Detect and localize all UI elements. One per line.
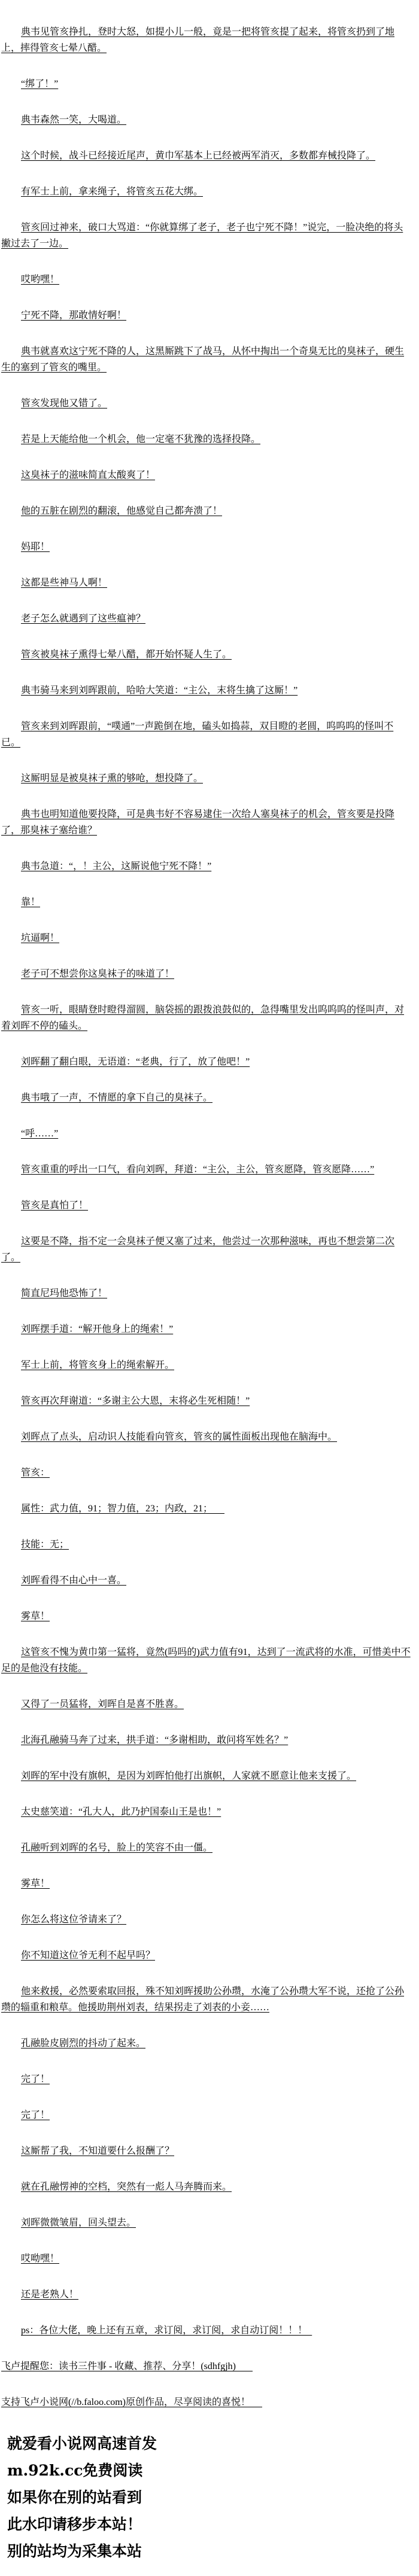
paragraph: 又得了一员猛将，刘晖自是喜不胜喜。 bbox=[1, 1696, 411, 1712]
paragraph: 你怎么将这位爷请来了？ bbox=[1, 1912, 411, 1928]
paragraph: 支持飞卢小说网(//b.faloo.com)原创作品，尽享阅读的喜悦！ bbox=[1, 2394, 411, 2410]
paragraph: 管亥重重的呼出一口气，看向刘晖，拜道：“主公，主公，管亥愿降，管亥愿降……” bbox=[1, 1162, 411, 1178]
paragraph: 典韦也明知道他要投降，可是典韦好不容易逮住一次给人塞臭袜子的机会，管亥要是投降了… bbox=[1, 806, 411, 839]
paragraph: 靠！ bbox=[1, 894, 411, 910]
paragraph: 飞卢提醒您：读书三件事 - 收藏、推荐、分享！(sdhfgjh) bbox=[1, 2358, 411, 2374]
paragraph: 管亥一听，眼睛登时瞪得溜圆，脑袋摇的跟拨浪鼓似的，急得嘴里发出呜呜呜的怪叫声，对… bbox=[1, 1002, 411, 1034]
paragraph: 典韦见管亥挣扎，登时大怒，如提小儿一般，竟是一把将管亥提了起来，将管亥扔到了地上… bbox=[1, 24, 411, 56]
paragraph: 这臭袜子的滋味简直太酸爽了！ bbox=[1, 467, 411, 483]
paragraph: 就在孔融愣神的空档，突然有一彪人马奔腾而来。 bbox=[1, 2179, 411, 2195]
paragraph: 哎呦嘿！ bbox=[1, 2251, 411, 2267]
paragraph: 管亥： bbox=[1, 1465, 411, 1481]
paragraph: 管亥是真怕了！ bbox=[1, 1197, 411, 1214]
paragraph: 管亥来到刘晖跟前，“噗通”一声跪倒在地，磕头如捣蒜，双目瞪的老圆，呜呜呜的怪叫不… bbox=[1, 718, 411, 751]
paragraph: 这厮明显是被臭袜子熏的够呛，想投降了。 bbox=[1, 770, 411, 786]
paragraph: 孔融听到刘晖的名号，脸上的笑容不由一僵。 bbox=[1, 1840, 411, 1856]
anti-piracy-watermark: 就爱看小说网高速首发m.92k.cc免费阅读如果你在别的站看到此水印请移步本站！… bbox=[1, 2430, 411, 2565]
paragraph: 典韦森然一笑，大喝道。 bbox=[1, 112, 411, 128]
paragraph: 典韦就喜欢这宁死不降的人，这黑厮跳下了战马，从怀中掏出一个奇臭无比的臭袜子，硬生… bbox=[1, 343, 411, 376]
paragraph: “呼……” bbox=[1, 1126, 411, 1142]
paragraph: 简直尼玛他恐怖了！ bbox=[1, 1285, 411, 1301]
paragraph: 哎哟嘿！ bbox=[1, 272, 411, 288]
paragraph: 这个时候，战斗已经接近尾声，黄巾军基本上已经被两军消灭，多数都弃械投降了。 bbox=[1, 148, 411, 164]
paragraph: 刘晖点了点头，启动识人技能看向管亥，管亥的属性面板出现他在脑海中。 bbox=[1, 1429, 411, 1445]
paragraph: 妈耶！ bbox=[1, 539, 411, 555]
paragraph: 军士上前，将管亥身上的绳索解开。 bbox=[1, 1357, 411, 1373]
paragraph: 管亥发现他又错了。 bbox=[1, 395, 411, 411]
paragraph: 有军士上前，拿来绳子，将管亥五花大绑。 bbox=[1, 184, 411, 200]
paragraph: 老子怎么就遇到了这些瘟神？ bbox=[1, 611, 411, 627]
paragraph: 刘晖看得不由心中一喜。 bbox=[1, 1572, 411, 1589]
paragraph: 刘晖微微皱眉，回头望去。 bbox=[1, 2215, 411, 2231]
paragraph: 刘晖的军中没有旗帜，是因为刘晖怕他打出旗帜，人家就不愿意让他来支援了。 bbox=[1, 1768, 411, 1784]
paragraph: 还是老熟人！ bbox=[1, 2287, 411, 2303]
paragraph: 孔融脸皮剧烈的抖动了起来。 bbox=[1, 2035, 411, 2051]
paragraph: 典韦骑马来到刘晖跟前，哈哈大笑道：“主公，末将生擒了这厮！” bbox=[1, 682, 411, 699]
paragraph: 完了！ bbox=[1, 2071, 411, 2087]
paragraph: 刘晖摆手道：“解开他身上的绳索！” bbox=[1, 1321, 411, 1337]
paragraph: 典韦哦了一声，不情愿的拿下自己的臭袜子。 bbox=[1, 1090, 411, 1106]
paragraph: 你不知道这位爷无利不起早吗？ bbox=[1, 1947, 411, 1964]
watermark-line: m.92k.cc免费阅读 bbox=[7, 2457, 411, 2484]
paragraph: 老子可不想尝你这臭袜子的味道了！ bbox=[1, 966, 411, 982]
watermark-line: 此水印请移步本站！ bbox=[7, 2511, 411, 2538]
paragraph: 雾草！ bbox=[1, 1608, 411, 1624]
watermark-line: 如果你在别的站看到 bbox=[7, 2484, 411, 2511]
paragraph: 典韦急道：“，！主公，这厮说他宁死不降！” bbox=[1, 858, 411, 874]
novel-content: 典韦见管亥挣扎，登时大怒，如提小儿一般，竟是一把将管亥提了起来，将管亥扔到了地上… bbox=[1, 24, 411, 2410]
paragraph: 这要是不降，指不定一会臭袜子便又塞了过来，他尝过一次那种滋味，再也不想尝第二次了… bbox=[1, 1233, 411, 1266]
paragraph: 这厮帮了我，不知道要什么报酬了？ bbox=[1, 2143, 411, 2159]
paragraph: 雾草！ bbox=[1, 1876, 411, 1892]
paragraph: “绑了！” bbox=[1, 76, 411, 92]
paragraph: 刘晖翻了翻白眼，无语道：“老典，行了，放了他吧！” bbox=[1, 1054, 411, 1070]
paragraph: 管亥再次拜谢道：“多谢主公大恩，末将必生死相随！” bbox=[1, 1393, 411, 1409]
paragraph: 他的五脏在剧烈的翻滚，他感觉自己都奔溃了！ bbox=[1, 503, 411, 519]
novel-page: 典韦见管亥挣扎，登时大怒，如提小儿一般，竟是一把将管亥提了起来，将管亥扔到了地上… bbox=[0, 0, 419, 2576]
paragraph: 管亥被臭袜子熏得七晕八醋，都开始怀疑人生了。 bbox=[1, 647, 411, 663]
watermark-line: 别的站均为采集本站 bbox=[7, 2538, 411, 2565]
paragraph: 他来救援，必然要索取回报，殊不知刘晖援助公孙瓒，水淹了公孙瓒大军不说，还抢了公孙… bbox=[1, 1983, 411, 2016]
paragraph: ps：各位大佬，晚上还有五章，求订阅，求订阅，求自动订阅！！！ bbox=[1, 2322, 411, 2339]
paragraph: 这都是些神马人啊！ bbox=[1, 575, 411, 591]
paragraph: 坑逼啊！ bbox=[1, 930, 411, 946]
paragraph: 属性：武力值，91；智力值，23；内政，21； bbox=[1, 1501, 411, 1517]
paragraph: 管亥回过神来，破口大骂道：“你就算绑了老子，老子也宁死不降！”说完，一脸决绝的将… bbox=[1, 220, 411, 252]
paragraph: 这管亥不愧为黄巾第一猛将，竟然(吗吗的)武力值有91，达到了一流武将的水准，可惜… bbox=[1, 1644, 411, 1676]
paragraph: 宁死不降，那敢情好啊！ bbox=[1, 307, 411, 324]
watermark-line: 就爱看小说网高速首发 bbox=[7, 2430, 411, 2457]
paragraph: 技能：无； bbox=[1, 1537, 411, 1553]
paragraph: 太史慈笑道：“孔大人，此乃护国泰山王是也！” bbox=[1, 1804, 411, 1820]
paragraph: 完了！ bbox=[1, 2107, 411, 2123]
paragraph: 若是上天能给他一个机会，他一定毫不犹豫的选择投降。 bbox=[1, 431, 411, 447]
paragraph: 北海孔融骑马奔了过来，拱手道：“多谢相助，敢问将军姓名？” bbox=[1, 1732, 411, 1748]
